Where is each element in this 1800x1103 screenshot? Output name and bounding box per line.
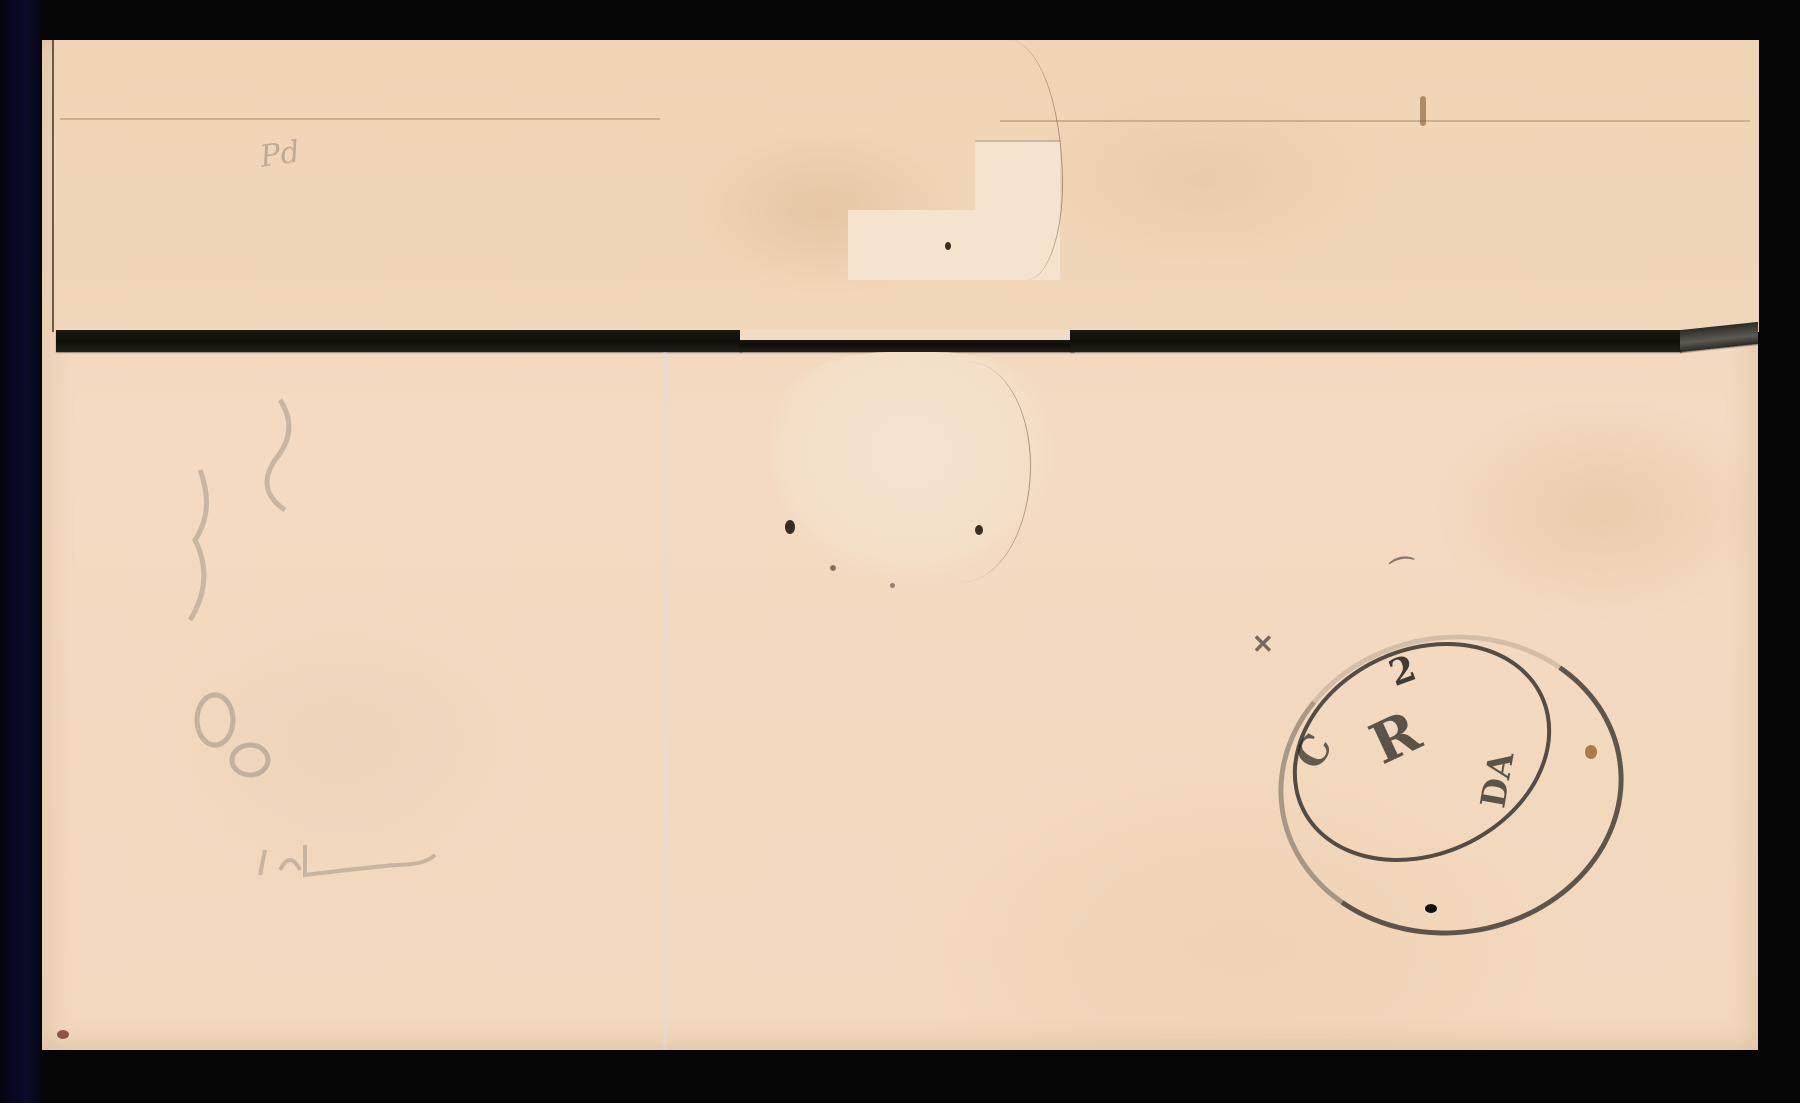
paper-stain [1420, 96, 1426, 126]
postmark-fragment: ✕ [1252, 630, 1274, 660]
letter-flap [52, 40, 1759, 332]
vertical-fold [662, 352, 668, 1050]
mourning-band-right [1070, 330, 1682, 352]
seal-wax-remnant [785, 520, 795, 534]
pencil-note-top-left: Pd [258, 135, 302, 175]
seal-wax-remnant [945, 242, 951, 250]
background-edge [0, 0, 40, 1103]
seal-wax-remnant [830, 565, 836, 571]
pencil-scribble [255, 840, 515, 880]
pencil-note-left [180, 380, 320, 800]
band-gap [740, 330, 1070, 340]
paper-stain [57, 1030, 69, 1039]
seal-wax-remnant [890, 583, 895, 588]
mourning-band-center [740, 338, 1075, 352]
flap-crease [1000, 120, 1750, 122]
seal-wax-remnant [975, 525, 983, 535]
flap-crease [60, 118, 660, 120]
pencil-note-bottom-left [255, 840, 515, 880]
postmark-ink-dot [1425, 904, 1437, 913]
pencil-scribble [180, 380, 320, 800]
mourning-band-left [56, 330, 742, 352]
